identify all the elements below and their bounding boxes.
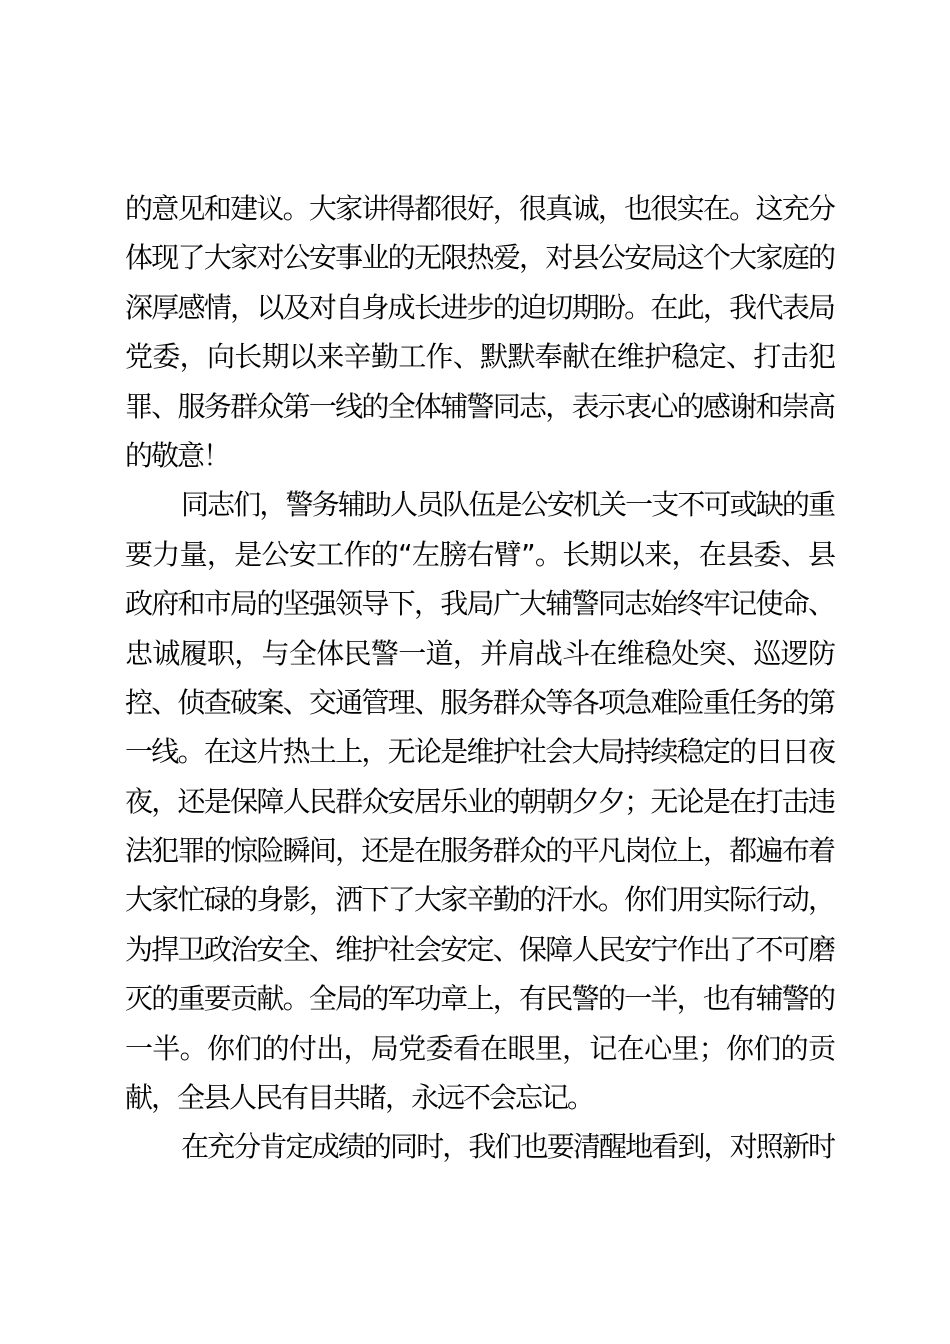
text-line: 法犯罪的惊险瞬间，还是在服务群众的平凡岗位上，都遍布着 xyxy=(125,826,834,875)
text-line: 灭的重要贡献。全局的军功章上，有民警的一半，也有辅警的 xyxy=(125,974,834,1023)
text-line: 大家忙碌的身影，洒下了大家辛勤的汗水。你们用实际行动， xyxy=(125,875,834,924)
paragraph: 同志们，警务辅助人员队伍是公安机关一支不可或缺的重要力量，是公安工作的“左膀右臂… xyxy=(125,480,834,1122)
text-line: 为捍卫政治安全、维护社会安定、保障人民安宁作出了不可磨 xyxy=(125,925,834,974)
paragraph: 在充分肯定成绩的同时，我们也要清醒地看到，对照新时 xyxy=(125,1122,834,1171)
text-line: 同志们，警务辅助人员队伍是公安机关一支不可或缺的重 xyxy=(125,480,834,529)
text-line: 党委，向长期以来辛勤工作、默默奉献在维护稳定、打击犯 xyxy=(125,332,834,381)
text-line: 政府和市局的坚强领导下，我局广大辅警同志始终牢记使命、 xyxy=(125,579,834,628)
text-line: 深厚感情，以及对自身成长进步的迫切期盼。在此，我代表局 xyxy=(125,283,834,332)
text-line: 一线。在这片热土上，无论是维护社会大局持续稳定的日日夜 xyxy=(125,727,834,776)
text-line: 在充分肯定成绩的同时，我们也要清醒地看到，对照新时 xyxy=(125,1122,834,1171)
text-line: 夜，还是保障人民群众安居乐业的朝朝夕夕；无论是在打击违 xyxy=(125,777,834,826)
text-line: 献，全县人民有目共睹，永远不会忘记。 xyxy=(125,1073,834,1122)
text-line: 的敬意！ xyxy=(125,431,834,480)
text-line: 控、侦查破案、交通管理、服务群众等各项急难险重任务的第 xyxy=(125,678,834,727)
text-line: 罪、服务群众第一线的全体辅警同志，表示衷心的感谢和崇高 xyxy=(125,382,834,431)
paragraph: 的意见和建议。大家讲得都很好，很真诚，也很实在。这充分体现了大家对公安事业的无限… xyxy=(125,184,834,480)
text-line: 要力量，是公安工作的“左膀右臂”。长期以来，在县委、县 xyxy=(125,530,834,579)
document-text-block: 的意见和建议。大家讲得都很好，很真诚，也很实在。这充分体现了大家对公安事业的无限… xyxy=(125,184,834,1172)
text-line: 忠诚履职，与全体民警一道，并肩战斗在维稳处突、巡逻防 xyxy=(125,629,834,678)
text-line: 一半。你们的付出，局党委看在眼里，记在心里；你们的贡 xyxy=(125,1024,834,1073)
document-page: 的意见和建议。大家讲得都很好，很真诚，也很实在。这充分体现了大家对公安事业的无限… xyxy=(0,0,950,1344)
text-line: 的意见和建议。大家讲得都很好，很真诚，也很实在。这充分 xyxy=(125,184,834,233)
text-line: 体现了大家对公安事业的无限热爱，对县公安局这个大家庭的 xyxy=(125,233,834,282)
